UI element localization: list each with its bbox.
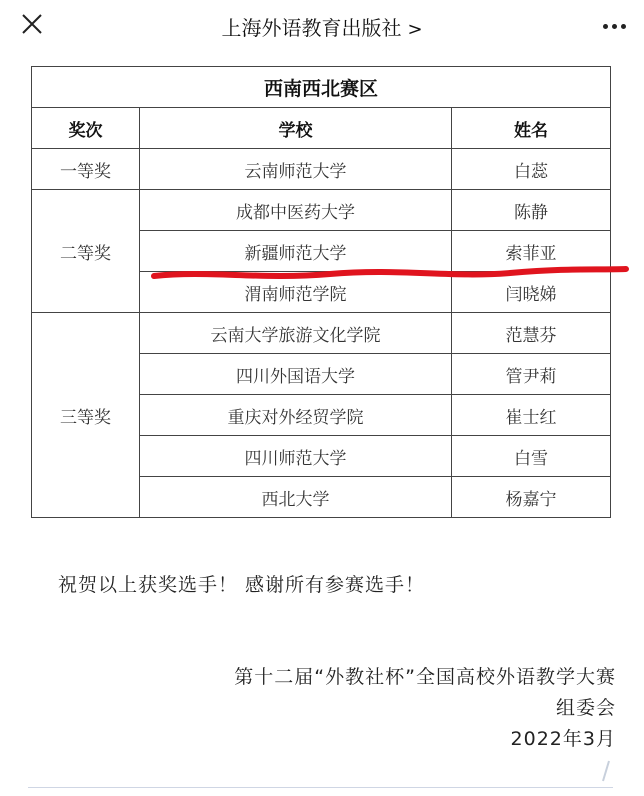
header-school: 学校 bbox=[140, 108, 452, 149]
more-options-button[interactable] bbox=[599, 14, 626, 33]
name-cell: 管尹莉 bbox=[452, 354, 611, 395]
more-dot bbox=[612, 24, 617, 29]
awards-table: 西南西北赛区 奖次 学校 姓名 一等奖 云南师范大学 白蕊 二等奖 成都中医药大… bbox=[31, 66, 611, 518]
account-title-link[interactable]: 上海外语教育出版社> bbox=[0, 12, 644, 41]
school-cell: 渭南师范学院 bbox=[140, 272, 452, 313]
name-cell: 崔士红 bbox=[452, 395, 611, 436]
header-award: 奖次 bbox=[32, 108, 140, 149]
name-cell: 杨嘉宁 bbox=[452, 477, 611, 518]
account-name: 上海外语教育出版社 bbox=[221, 16, 401, 40]
scroll-indicator-icon bbox=[602, 760, 610, 782]
school-cell: 西北大学 bbox=[140, 477, 452, 518]
publish-date: 2022年3月 bbox=[234, 724, 616, 755]
name-cell: 白雪 bbox=[452, 436, 611, 477]
school-cell: 成都中医药大学 bbox=[140, 190, 452, 231]
school-cell: 云南大学旅游文化学院 bbox=[140, 313, 452, 354]
organizer-name: 第十二届“外教社杯”全国高校外语教学大赛 bbox=[234, 662, 616, 693]
chevron-right-icon: > bbox=[407, 19, 422, 40]
award-level: 三等奖 bbox=[32, 313, 140, 518]
table-row: 一等奖 云南师范大学 白蕊 bbox=[32, 149, 611, 190]
organizer-committee: 组委会 bbox=[234, 693, 616, 724]
table-row: 三等奖 云南大学旅游文化学院 范慧芬 bbox=[32, 313, 611, 354]
organizer-signature: 第十二届“外教社杯”全国高校外语教学大赛 组委会 2022年3月 bbox=[234, 662, 616, 755]
school-cell: 新疆师范大学 bbox=[140, 231, 452, 272]
name-cell: 索菲亚 bbox=[452, 231, 611, 272]
award-level: 一等奖 bbox=[32, 149, 140, 190]
name-cell: 陈静 bbox=[452, 190, 611, 231]
school-cell: 四川外国语大学 bbox=[140, 354, 452, 395]
name-cell: 白蕊 bbox=[452, 149, 611, 190]
name-cell: 闫晓娣 bbox=[452, 272, 611, 313]
name-cell: 范慧芬 bbox=[452, 313, 611, 354]
table-row: 二等奖 成都中医药大学 陈静 bbox=[32, 190, 611, 231]
award-level: 二等奖 bbox=[32, 190, 140, 313]
school-cell: 重庆对外经贸学院 bbox=[140, 395, 452, 436]
top-bar: 上海外语教育出版社> bbox=[0, 0, 644, 52]
more-dots-icon bbox=[603, 24, 608, 29]
school-cell: 四川师范大学 bbox=[140, 436, 452, 477]
divider bbox=[28, 787, 613, 788]
more-dot bbox=[621, 24, 626, 29]
school-cell: 云南师范大学 bbox=[140, 149, 452, 190]
header-name: 姓名 bbox=[452, 108, 611, 149]
congrats-text: 祝贺以上获奖选手！ 感谢所有参赛选手！ bbox=[58, 570, 425, 597]
region-title: 西南西北赛区 bbox=[32, 67, 611, 108]
